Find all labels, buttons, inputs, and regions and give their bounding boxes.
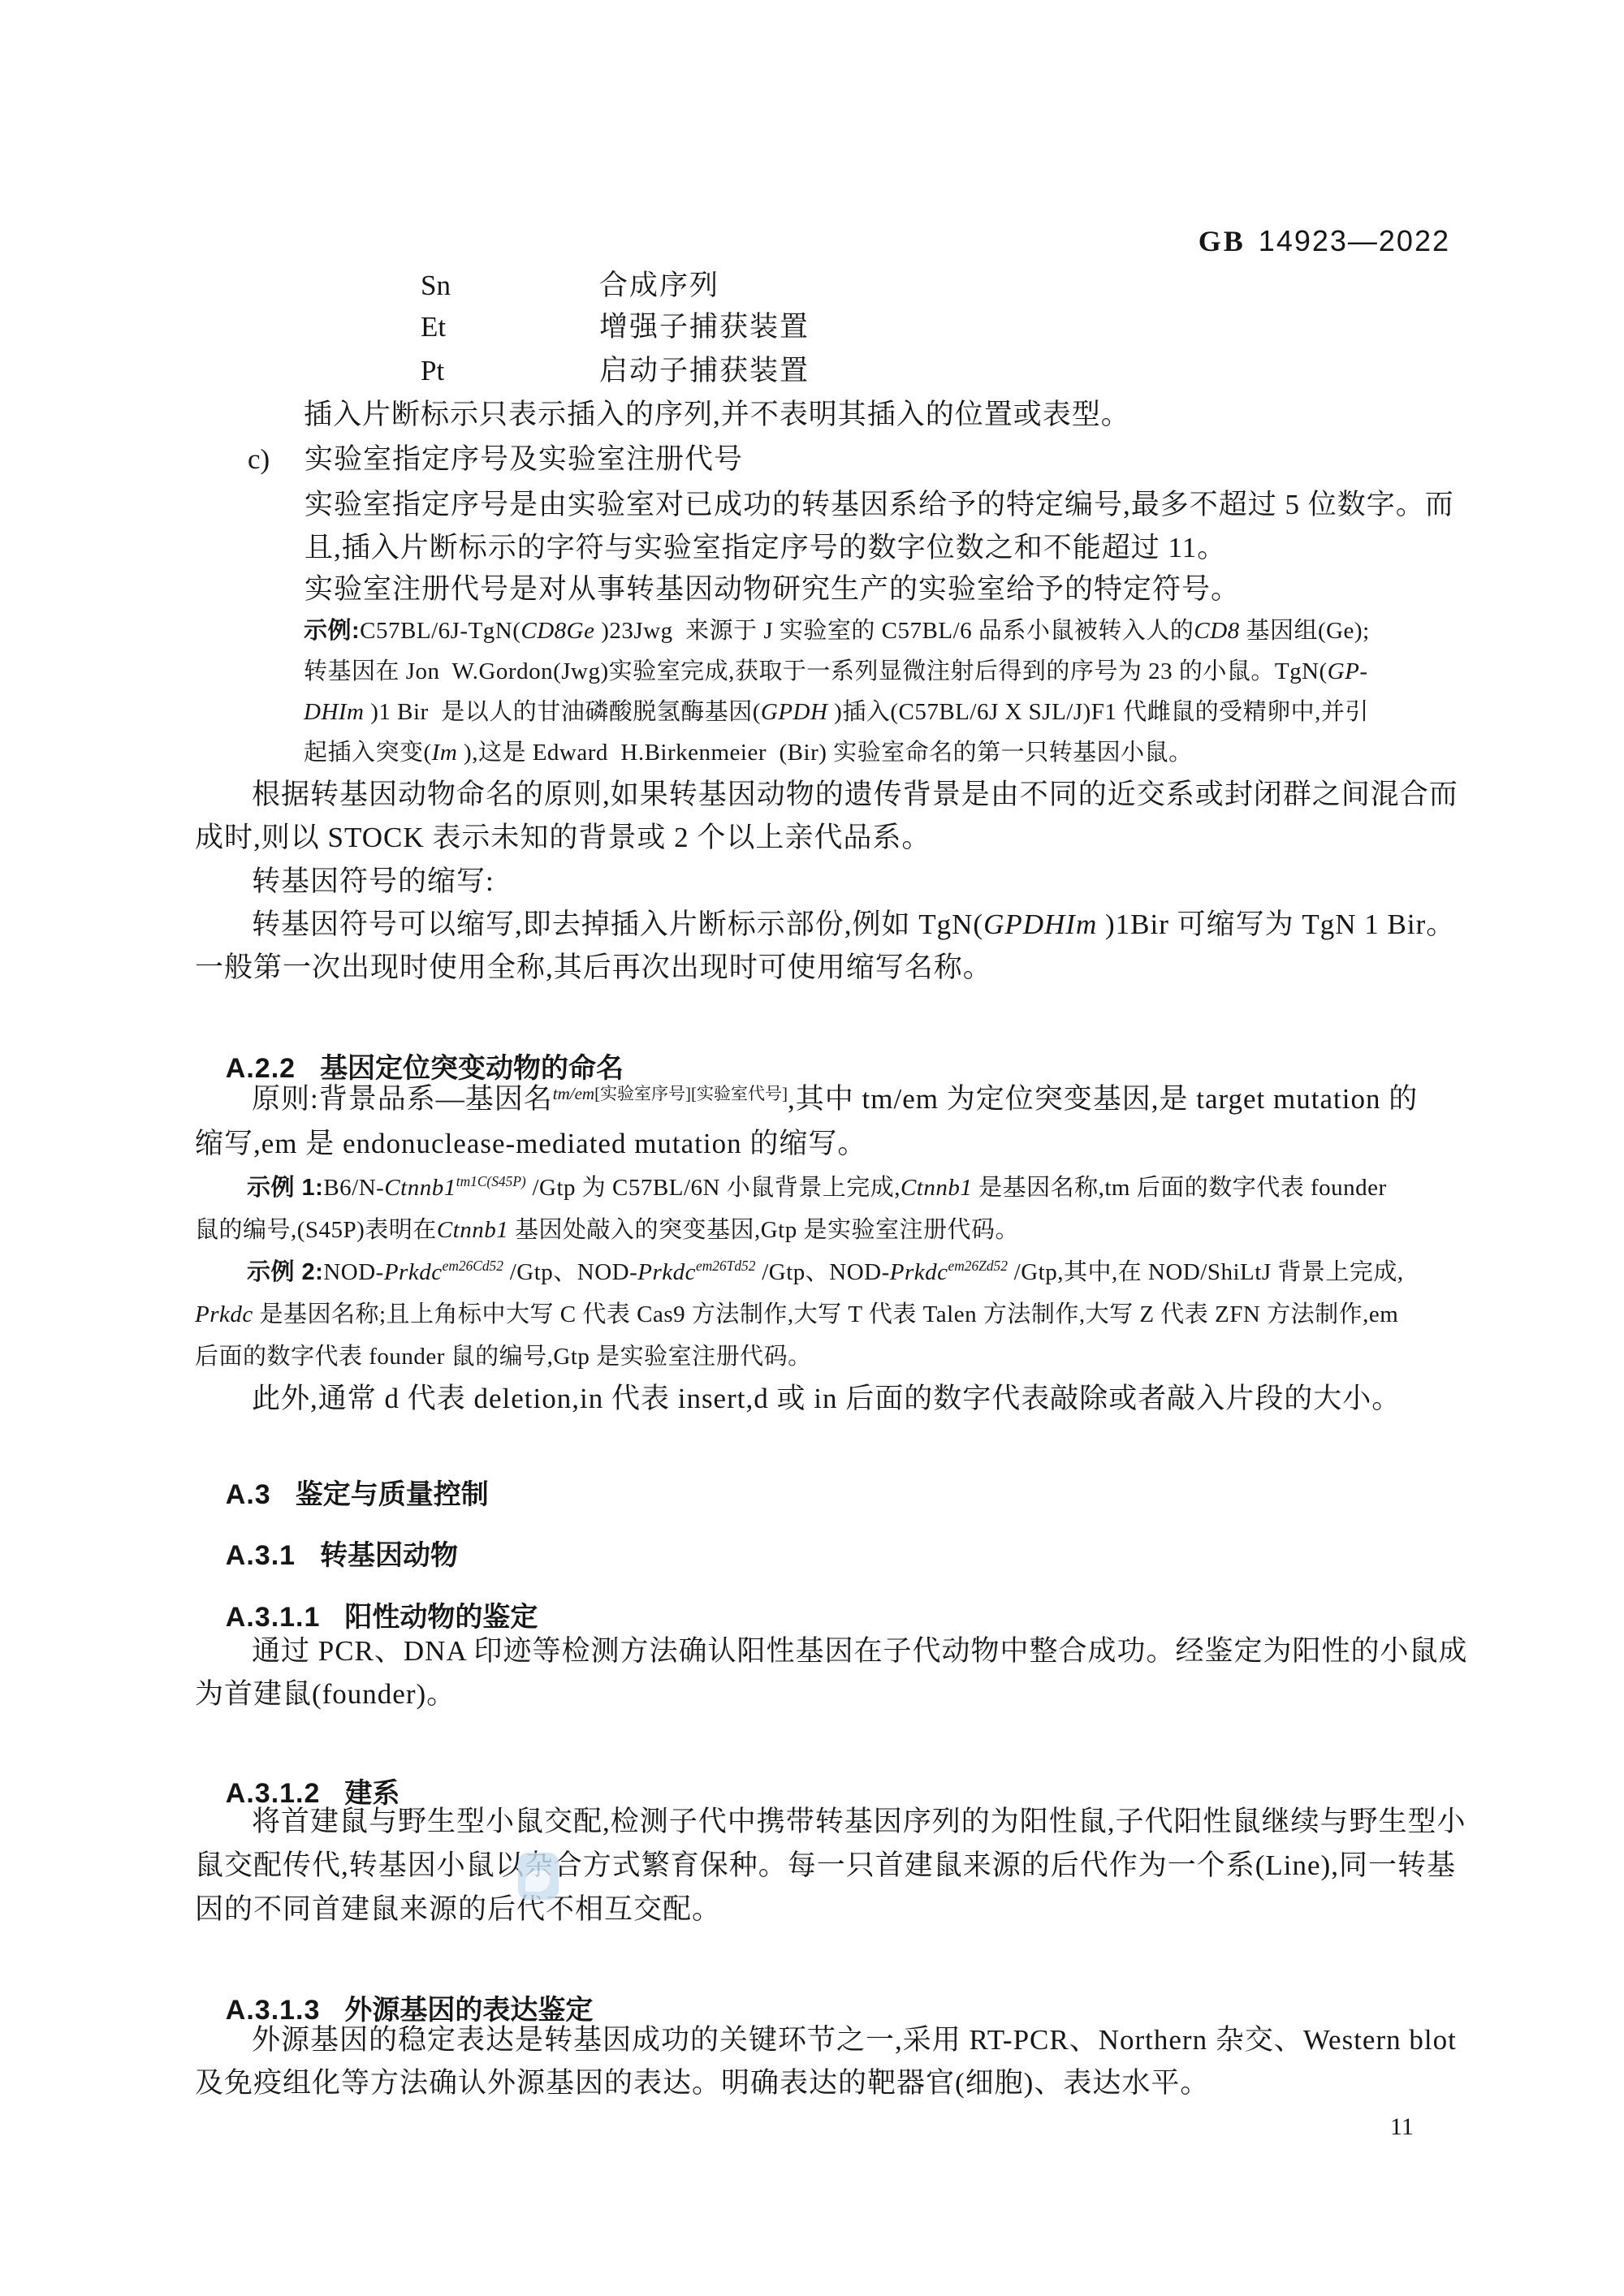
paragraph-expression: 外源基因的稳定表达是转基因成功的关键环节之一,采用 RT-PCR、Norther… [195, 2018, 1457, 2104]
abbrev-code: Pt [421, 349, 599, 392]
paragraph-line: 实验室指定序号是由实验室对已成功的转基因系给予的特定编号,最多不超过 5 位数字… [304, 483, 1454, 526]
heading-title: 阳性动物的鉴定 [344, 1602, 538, 1633]
paragraph-abbrev: 转基因符号可以缩写,即去掉插入片断标示部份,例如 TgN(GPDHIm )1Bi… [195, 903, 1455, 989]
paragraph-line: 因的不同首建鼠来源的后代不相互交配。 [195, 1888, 1466, 1931]
example-line: 鼠的编号,(S45P)表明在Ctnnb1 基因处敲入的突变基因,Gtp 是实验室… [195, 1209, 1387, 1251]
example-line: 示例 2:NOD-Prkdcem26Cd52 /Gtp、NOD-Prkdcem2… [195, 1251, 1404, 1293]
abbrev-desc: 启动子捕获装置 [599, 349, 810, 392]
note-insert-fragment: 插入片断标示只表示插入的序列,并不表明其插入的位置或表型。 [304, 393, 1130, 436]
paragraph-line: 根据转基因动物命名的原则,如果转基因动物的遗传背景是由不同的近交系或封闭群之间混… [195, 773, 1458, 816]
paragraph-line: 鼠交配传代,转基因小鼠以杂合方式繁育保种。每一只首建鼠来源的后代作为一个系(Li… [195, 1844, 1466, 1888]
abbrev-code: Et [421, 305, 599, 348]
paragraph-deletion-insert: 此外,通常 d 代表 deletion,in 代表 insert,d 或 in … [195, 1377, 1401, 1420]
abbrev-row: Et 增强子捕获装置 [421, 305, 810, 348]
example-line: DHIm )1 Bir 是以人的甘油磷酸脱氢酶基因(GPDH )插入(C57BL… [304, 692, 1370, 732]
paragraph-principle: 原则:背景品系—基因名tm/em[实验室序号][实验室代号],其中 tm/em … [195, 1077, 1418, 1166]
example-line: 后面的数字代表 founder 鼠的编号,Gtp 是实验室注册代码。 [195, 1336, 1404, 1378]
paragraph-line: 通过 PCR、DNA 印迹等检测方法确认阳性基因在子代动物中整合成功。经鉴定为阳… [195, 1629, 1468, 1672]
paragraph-line: 及免疫组化等方法确认外源基因的表达。明确表达的靶器官(细胞)、表达水平。 [195, 2061, 1457, 2104]
watermark-inner-shape [525, 1871, 550, 1892]
item-c: c) 实验室指定序号及实验室注册代号 [248, 438, 743, 481]
abbrev-row: Sn 合成序列 [421, 264, 719, 307]
item-c-label: c) [248, 438, 304, 481]
paragraph-pcr: 通过 PCR、DNA 印迹等检测方法确认阳性基因在子代动物中整合成功。经鉴定为阳… [195, 1629, 1468, 1716]
paragraph-line: 为首建鼠(founder)。 [195, 1672, 1468, 1716]
paragraph-line: 且,插入片断标示的字符与实验室指定序号的数字位数之和不能超过 11。 [304, 526, 1454, 569]
paragraph-abbrev-title: 转基因符号的缩写: [252, 860, 495, 903]
example-line: 起插入突变(Im ),这是 Edward H.Birkenmeier (Bir)… [304, 732, 1370, 773]
paragraph-line: 一般第一次出现时使用全称,其后再次出现时可使用缩写名称。 [195, 946, 1455, 989]
item-c-title: 实验室指定序号及实验室注册代号 [304, 438, 743, 481]
doc-number-header: GB14923—2022 [1169, 190, 1450, 292]
abbrev-desc: 增强子捕获装置 [599, 305, 810, 348]
example-line: 示例:C57BL/6J-TgN(CD8Ge )23Jwg 来源于 J 实验室的 … [304, 611, 1370, 651]
paragraph-line-establishment: 将首建鼠与野生型小鼠交配,检测子代中携带转基因序列的为阳性鼠,子代阳性鼠继续与野… [195, 1800, 1466, 1931]
item-c-paragraph-2: 实验室注册代号是对从事转基因动物研究生产的实验室给予的特定符号。 [304, 568, 1240, 611]
paragraph-line: 转基因符号可以缩写,即去掉插入片断标示部份,例如 TgN(GPDHIm )1Bi… [195, 903, 1455, 946]
paragraph-line: 成时,则以 STOCK 表示未知的背景或 2 个以上亲代品系。 [195, 816, 1458, 859]
paragraph-line: 缩写,em 是 endonuclease-mediated mutation 的… [195, 1121, 1418, 1166]
doc-number: 14923—2022 [1259, 224, 1450, 257]
watermark-blue-mark [518, 1853, 559, 1900]
example-block-main: 示例:C57BL/6J-TgN(CD8Ge )23Jwg 来源于 J 实验室的 … [304, 611, 1370, 773]
example-block-1: 示例 1:B6/N-Ctnnb1tm1C(S45P) /Gtp 为 C57BL/… [195, 1167, 1387, 1251]
paragraph-line: 将首建鼠与野生型小鼠交配,检测子代中携带转基因序列的为阳性鼠,子代阳性鼠继续与野… [195, 1800, 1466, 1844]
paragraph-line: 外源基因的稳定表达是转基因成功的关键环节之一,采用 RT-PCR、Norther… [195, 2018, 1457, 2061]
doc-number-prefix: GB [1199, 225, 1246, 257]
example-line: Prkdc 是基因名称;且上角标中大写 C 代表 Cas9 方法制作,大写 T … [195, 1293, 1404, 1336]
paragraph-stock: 根据转基因动物命名的原则,如果转基因动物的遗传背景是由不同的近交系或封闭群之间混… [195, 773, 1458, 859]
example-line: 转基因在 Jon W.Gordon(Jwg)实验室完成,获取于一系列显微注射后得… [304, 651, 1370, 692]
example-block-2: 示例 2:NOD-Prkdcem26Cd52 /Gtp、NOD-Prkdcem2… [195, 1251, 1404, 1378]
abbrev-code: Sn [421, 264, 599, 307]
paragraph-line: 原则:背景品系—基因名tm/em[实验室序号][实验室代号],其中 tm/em … [195, 1077, 1418, 1121]
document-page: GB14923—2022 Sn 合成序列 Et 增强子捕获装置 Pt 启动子捕获… [0, 0, 1624, 2296]
item-c-paragraph-1: 实验室指定序号是由实验室对已成功的转基因系给予的特定编号,最多不超过 5 位数字… [304, 483, 1454, 569]
abbrev-desc: 合成序列 [599, 264, 719, 307]
heading-number: A.3.1.1 [226, 1602, 321, 1633]
example-line: 示例 1:B6/N-Ctnnb1tm1C(S45P) /Gtp 为 C57BL/… [195, 1167, 1387, 1209]
page-number: 11 [1390, 2111, 1414, 2143]
abbrev-row: Pt 启动子捕获装置 [421, 349, 810, 392]
